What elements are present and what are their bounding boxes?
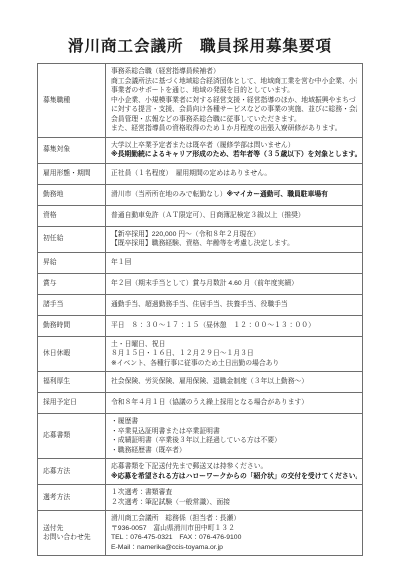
row-content-line: 年２回（期末手当として）賞与月数計 4.60 月（前年度実績） [111,279,357,289]
spec-table-body: 募集職種事務系総合職（経営指導員候補者）商工会議所法に基づく地域総合経済団体とし… [38,64,363,556]
table-row: 福利厚生社会保険、労災保険、雇用保険、退職金制度（３年以上勤務～） [38,372,363,393]
text-segment: 事業者のサポートを通じ、地域の発展を目的としています。 [111,87,294,94]
text-segment: ・履歴書 [111,418,138,425]
row-content: 滑川市（当所所在地のみで転勤なし）※マイカー通勤可、職員駐車場有 [106,184,363,205]
text-segment: 大学以上卒業予定者または既卒者（履修学部は問いません） [111,142,295,149]
row-label: 送付先 お問い合わせ先 [38,511,106,556]
text-segment: 会員管理・広報などの事務系総合職に従事していただきます。 [111,116,301,123]
row-content-line: 会員管理・広報などの事務系総合職に従事していただきます。 [111,115,357,125]
row-content-line: ・成績証明書（卒業後３年以上経過している方は不要） [111,436,357,446]
text-segment: 中小企業、小規模事業者に対する経営支援・経営指導のほか、地域振興やまちづくり [111,97,357,104]
text-segment: 滑川市（当所所在地のみで転勤なし） [111,191,227,198]
table-row: 募集職種事務系総合職（経営指導員候補者）商工会議所法に基づく地域総合経済団体とし… [38,64,363,138]
row-label: 休日休暇 [38,336,106,372]
text-segment: ・成績証明書（卒業後３年以上経過している方は不要） [111,437,281,444]
row-content: 滑川商工会議所 総務係（担当者：長瀬）〒936-0057 富山県滑川市田中町１３… [106,511,363,556]
row-content-line: 事業者のサポートを通じ、地域の発展を目的としています。 [111,86,357,96]
table-row: 昇給年１回 [38,252,363,273]
table-row: 諸手当通勤手当、超過勤務手当、住居手当、扶養手当、役職手当 [38,294,363,315]
row-content-line: 応募書類を下記送付先まで郵送又は持参ください。 [111,462,357,472]
row-content: 年２回（期末手当として）賞与月数計 4.60 月（前年度実績） [106,273,363,294]
row-content-line: ２次選考：筆記試験（一般常識）、面接 [111,498,357,508]
row-content-line: ８月１５日・１６日、１２月２９日～１月３日 [111,349,357,359]
row-content: 平日 ８：３０～１７：１５（昼休憩 １２：００～１３：００） [106,315,363,336]
row-content: １次選考：書類審査２次選考：筆記試験（一般常識）、面接 [106,485,363,511]
text-segment: ２次選考：筆記試験（一般常識）、面接 [111,499,230,506]
row-content: 【新卒採用】220,000 円～（令和８年２月現在）【既卒採用】職務経験、資格、… [106,226,363,252]
table-row: 勤務地滑川市（当所所在地のみで転勤なし）※マイカー通勤可、職員駐車場有 [38,184,363,205]
row-content-line: 事務系総合職（経営指導員候補者） [111,67,357,77]
row-content-line: 年１回 [111,258,357,268]
row-label: 諸手当 [38,294,106,315]
row-label: 賞与 [38,273,106,294]
row-label: 福利厚生 [38,372,106,393]
row-content-line: ・卒業見込証明書または卒業証明書 [111,427,357,437]
table-row: 資格普通自動車免許（ＡＴ限定可）、日商簿記検定３級以上（推奨） [38,205,363,226]
row-content: 土・日曜日、祝日８月１５日・１６日、１２月２９日～１月３日※イベント、各種行事に… [106,336,363,372]
text-segment: １次選考：書類審査 [111,489,172,496]
text-segment: 商工会議所法に基づく地域総合経済団体として、地域商工業を営む中小企業、小規模 [111,78,357,85]
table-row: 初任給【新卒採用】220,000 円～（令和８年２月現在）【既卒採用】職務経験、… [38,226,363,252]
row-label: 選考方法 [38,485,106,511]
recruitment-table: 募集職種事務系総合職（経営指導員候補者）商工会議所法に基づく地域総合経済団体とし… [37,63,363,556]
row-content-line: 平日 ８：３０～１７：１５（昼休憩 １２：００～１３：００） [111,321,357,331]
text-segment: 社会保険、労災保険、雇用保険、退職金制度（３年以上勤務～） [111,378,308,385]
text-segment: ※イベント、各種行事に従事のため土日出勤の場合あり [111,360,279,367]
row-content-line: 通勤手当、超過勤務手当、住居手当、扶養手当、役職手当 [111,300,357,310]
row-label: 資格 [38,205,106,226]
row-content-line: 滑川商工会議所 総務係（担当者：長瀬） [111,514,357,524]
row-content-line: また、経営指導員の資格取得のため１か月程度の出張入寮研修があります。 [111,124,357,134]
row-content-line: １次選考：書類審査 [111,488,357,498]
row-label: 応募方法 [38,459,106,485]
text-segment: ・職務経歴書（既卒者） [111,447,186,454]
text-segment: 普通自動車免許（ＡＴ限定可）、日商簿記検定３級以上（推奨） [111,212,305,219]
row-content-line: ・履歴書 [111,417,357,427]
row-content: 応募書類を下記送付先まで郵送又は持参ください。※応募を希望される方はハローワーク… [106,459,363,485]
table-row: 賞与年２回（期末手当として）賞与月数計 4.60 月（前年度実績） [38,273,363,294]
page-title: 滑川商工会議所 職員採用募集要項 [0,34,400,56]
table-row: 応募書類・履歴書・卒業見込証明書または卒業証明書・成績証明書（卒業後３年以上経過… [38,414,363,459]
text-segment: ※マイカー通勤可、職員駐車場有 [227,191,328,198]
row-content: 正社員（１名程度） 雇用期間の定めはありません。 [106,163,363,184]
table-row: 採用予定日令和８年４月１日（協議のうえ繰上採用となる場合があります） [38,393,363,414]
row-label: 応募書類 [38,414,106,459]
text-segment: 応募書類を下記送付先まで郵送又は持参ください。 [111,463,267,470]
row-label: 採用予定日 [38,393,106,414]
row-label: 勤務時間 [38,315,106,336]
text-segment: 【新卒採用】220,000 円～（令和８年２月現在） [111,231,260,238]
text-segment: 正社員（１名程度） 雇用期間の定めはありません。 [111,170,271,177]
row-content-line: ※イベント、各種行事に従事のため土日出勤の場合あり [111,359,357,369]
table-row: 選考方法１次選考：書類審査２次選考：筆記試験（一般常識）、面接 [38,485,363,511]
row-content-line: 商工会議所法に基づく地域総合経済団体として、地域商工業を営む中小企業、小規模 [111,77,357,87]
row-content-line: TEL：076-475-0321 FAX：076-476-9100 [111,533,357,543]
text-segment: 事務系総合職（経営指導員候補者） [111,68,220,75]
row-content-line: 滑川市（当所所在地のみで転勤なし）※マイカー通勤可、職員駐車場有 [111,190,357,200]
row-content-line: 正社員（１名程度） 雇用期間の定めはありません。 [111,169,357,179]
text-segment: 〒936-0057 富山県滑川市田中町１３２ [111,525,235,532]
row-content-line: に対する提言・支援、会員向け各種サービスなどの事業の実施、並びに総務・会計・ [111,105,357,115]
text-segment: 令和８年４月１日（協議のうえ繰上採用となる場合があります） [111,399,308,406]
row-content: 普通自動車免許（ＡＴ限定可）、日商簿記検定３級以上（推奨） [106,205,363,226]
row-label: 募集対象 [38,137,106,163]
row-label: 勤務地 [38,184,106,205]
row-content-line: 中小企業、小規模事業者に対する経営支援・経営指導のほか、地域振興やまちづくり [111,96,357,106]
text-segment: ※応募を希望される方はハローワークからの「紹介状」の交付を受けてください。 [111,473,357,480]
row-label: 雇用形態・期間 [38,163,106,184]
text-segment: 滑川商工会議所 総務係（担当者：長瀬） [111,515,240,522]
text-segment: ・卒業見込証明書または卒業証明書 [111,428,220,435]
text-segment: TEL：076-475-0321 FAX：076-476-9100 [111,534,241,541]
row-content-line: ・職務経歴書（既卒者） [111,446,357,456]
row-content-line: 大学以上卒業予定者または既卒者（履修学部は問いません） [111,141,357,151]
table-row: 勤務時間平日 ８：３０～１７：１５（昼休憩 １２：００～１３：００） [38,315,363,336]
row-content-line: 土・日曜日、祝日 [111,340,357,350]
text-segment: 通勤手当、超過勤務手当、住居手当、扶養手当、役職手当 [111,301,288,308]
row-content-line: E-Mail：namerika@ccis-toyama.or.jp [111,543,357,553]
text-segment: 【既卒採用】職務経験、資格、年齢等を考慮し決定します。 [111,240,294,247]
row-content: 事務系総合職（経営指導員候補者）商工会議所法に基づく地域総合経済団体として、地域… [106,64,363,138]
row-content-line: 令和８年４月１日（協議のうえ繰上採用となる場合があります） [111,398,357,408]
table-row: 募集対象大学以上卒業予定者または既卒者（履修学部は問いません）※長期勤続によるキ… [38,137,363,163]
text-segment: 土・日曜日、祝日 [111,341,165,348]
row-content: 大学以上卒業予定者または既卒者（履修学部は問いません）※長期勤続によるキャリア形… [106,137,363,163]
text-segment: ※長期勤続によるキャリア形成のため、若年者等（３５歳以下）を対象とします。 [111,151,357,158]
table-row: 雇用形態・期間正社員（１名程度） 雇用期間の定めはありません。 [38,163,363,184]
row-content-line: 〒936-0057 富山県滑川市田中町１３２ [111,524,357,534]
table-row: 応募方法応募書類を下記送付先まで郵送又は持参ください。※応募を希望される方はハロ… [38,459,363,485]
row-content: ・履歴書・卒業見込証明書または卒業証明書・成績証明書（卒業後３年以上経過している… [106,414,363,459]
row-label: 初任給 [38,226,106,252]
text-segment: E-Mail：namerika@ccis-toyama.or.jp [111,544,223,551]
row-label: 昇給 [38,252,106,273]
row-content-line: ※応募を希望される方はハローワークからの「紹介状」の交付を受けてください。 [111,472,357,482]
row-content: 社会保険、労災保険、雇用保険、退職金制度（３年以上勤務～） [106,372,363,393]
row-content-line: ※長期勤続によるキャリア形成のため、若年者等（３５歳以下）を対象とします。 [111,150,357,160]
row-label: 募集職種 [38,64,106,138]
row-content-line: 【新卒採用】220,000 円～（令和８年２月現在） [111,230,357,240]
text-segment: 年２回（期末手当として）賞与月数計 4.60 月（前年度実績） [111,280,298,287]
table-row: 休日休暇土・日曜日、祝日８月１５日・１６日、１２月２９日～１月３日※イベント、各… [38,336,363,372]
text-segment: また、経営指導員の資格取得のため１か月程度の出張入寮研修があります。 [111,125,342,132]
table-row: 送付先 お問い合わせ先滑川商工会議所 総務係（担当者：長瀬）〒936-0057 … [38,511,363,556]
row-content-line: 【既卒採用】職務経験、資格、年齢等を考慮し決定します。 [111,239,357,249]
row-content-line: 社会保険、労災保険、雇用保険、退職金制度（３年以上勤務～） [111,377,357,387]
row-content: 令和８年４月１日（協議のうえ繰上採用となる場合があります） [106,393,363,414]
row-content-line: 普通自動車免許（ＡＴ限定可）、日商簿記検定３級以上（推奨） [111,211,357,221]
text-segment: ８月１５日・１６日、１２月２９日～１月３日 [111,350,254,357]
text-segment: 年１回 [111,259,131,266]
text-segment: 平日 ８：３０～１７：１５（昼休憩 １２：００～１３：００） [111,322,315,329]
text-segment: に対する提言・支援、会員向け各種サービスなどの事業の実施、並びに総務・会計・ [111,106,357,113]
row-content: 通勤手当、超過勤務手当、住居手当、扶養手当、役職手当 [106,294,363,315]
row-content: 年１回 [106,252,363,273]
